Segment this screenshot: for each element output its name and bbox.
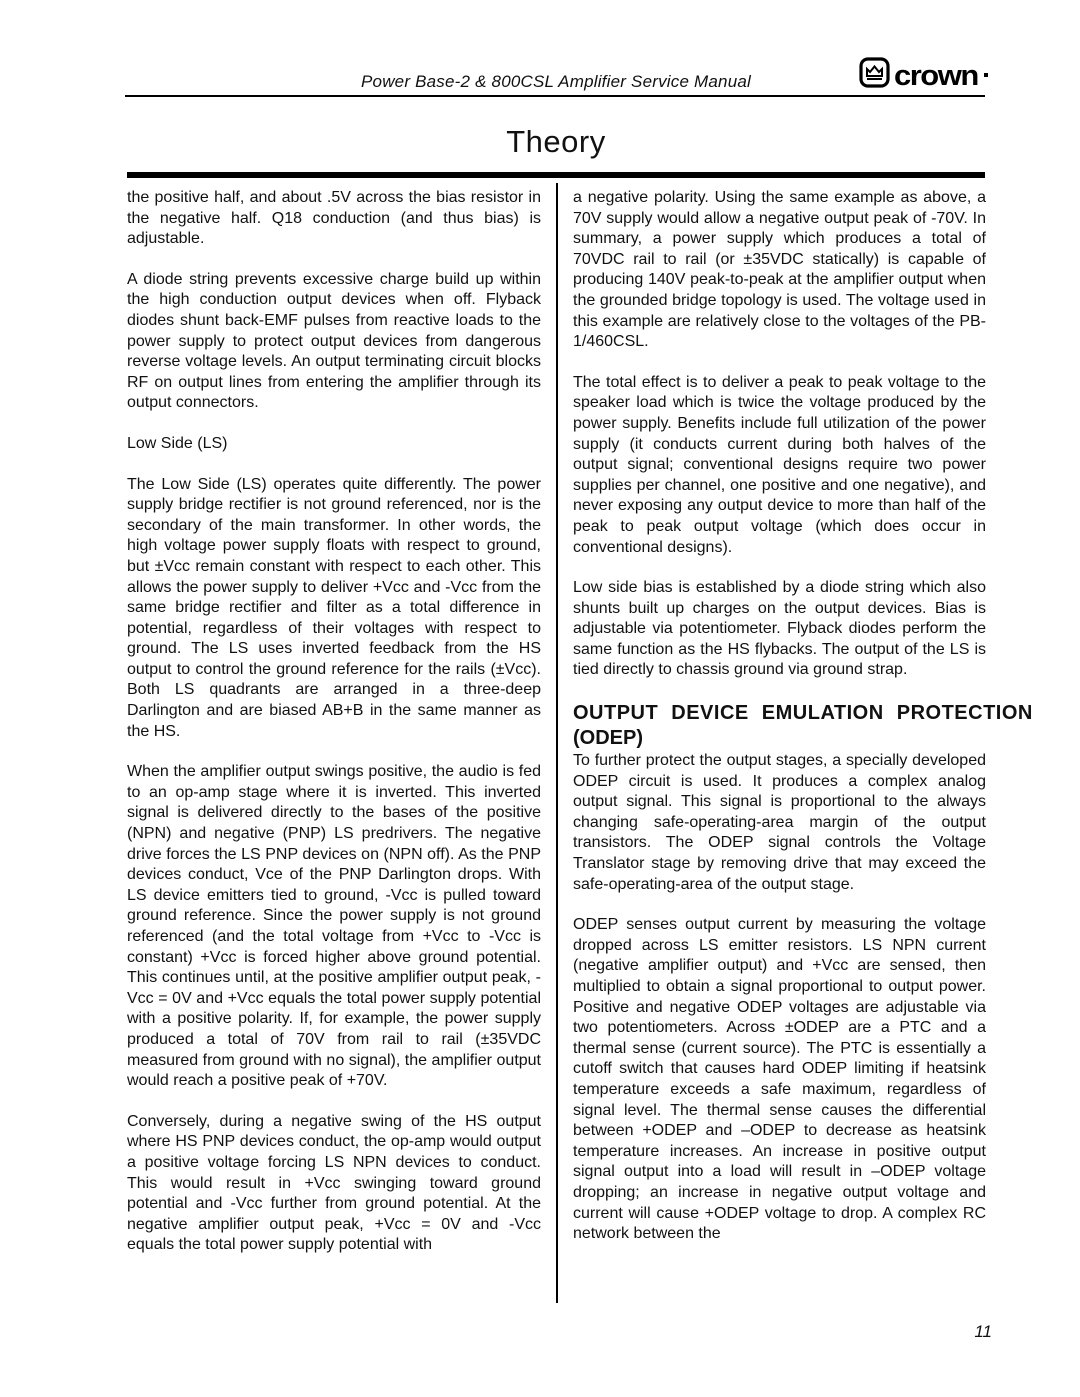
paragraph-diode-string: A diode string prevents excessive charge… xyxy=(127,270,541,414)
paragraph-total-effect: The total effect is to deliver a peak to… xyxy=(573,373,986,558)
section-heading-odep: OUTPUT DEVICE EMULATION PROTECTION (ODEP… xyxy=(573,701,986,751)
crown-logo: crown xyxy=(853,58,990,94)
trademark-dot-icon xyxy=(984,73,988,77)
title-rule xyxy=(127,172,985,178)
paragraph-negative-polarity: a negative polarity. Using the same exam… xyxy=(573,188,986,353)
paragraph-bias: the positive half, and about .5V across … xyxy=(127,188,541,250)
crown-wordmark: crown xyxy=(894,61,978,90)
right-column: a negative polarity. Using the same exam… xyxy=(573,188,986,1245)
column-divider xyxy=(556,183,558,1303)
paragraph-odep-sensing: ODEP senses output current by measuring … xyxy=(573,915,986,1245)
header-rule xyxy=(125,95,985,97)
left-column: the positive half, and about .5V across … xyxy=(127,188,541,1256)
page-number: 11 xyxy=(952,1322,992,1342)
crown-icon xyxy=(859,57,890,93)
section-heading-line1: OUTPUT DEVICE EMULATION PROTECTION xyxy=(573,701,986,726)
manual-page: Power Base-2 & 800CSL Amplifier Service … xyxy=(0,0,1080,1397)
paragraph-odep-intro: To further protect the output stages, a … xyxy=(573,751,986,895)
page-title: Theory xyxy=(127,124,985,160)
subheading-low-side: Low Side (LS) xyxy=(127,434,541,455)
section-heading-line2: (ODEP) xyxy=(573,727,643,749)
paragraph-negative-swing: Conversely, during a negative swing of t… xyxy=(127,1112,541,1256)
paragraph-low-side: The Low Side (LS) operates quite differe… xyxy=(127,475,541,743)
paragraph-positive-swing: When the amplifier output swings positiv… xyxy=(127,762,541,1092)
paragraph-low-side-bias: Low side bias is established by a diode … xyxy=(573,578,986,681)
